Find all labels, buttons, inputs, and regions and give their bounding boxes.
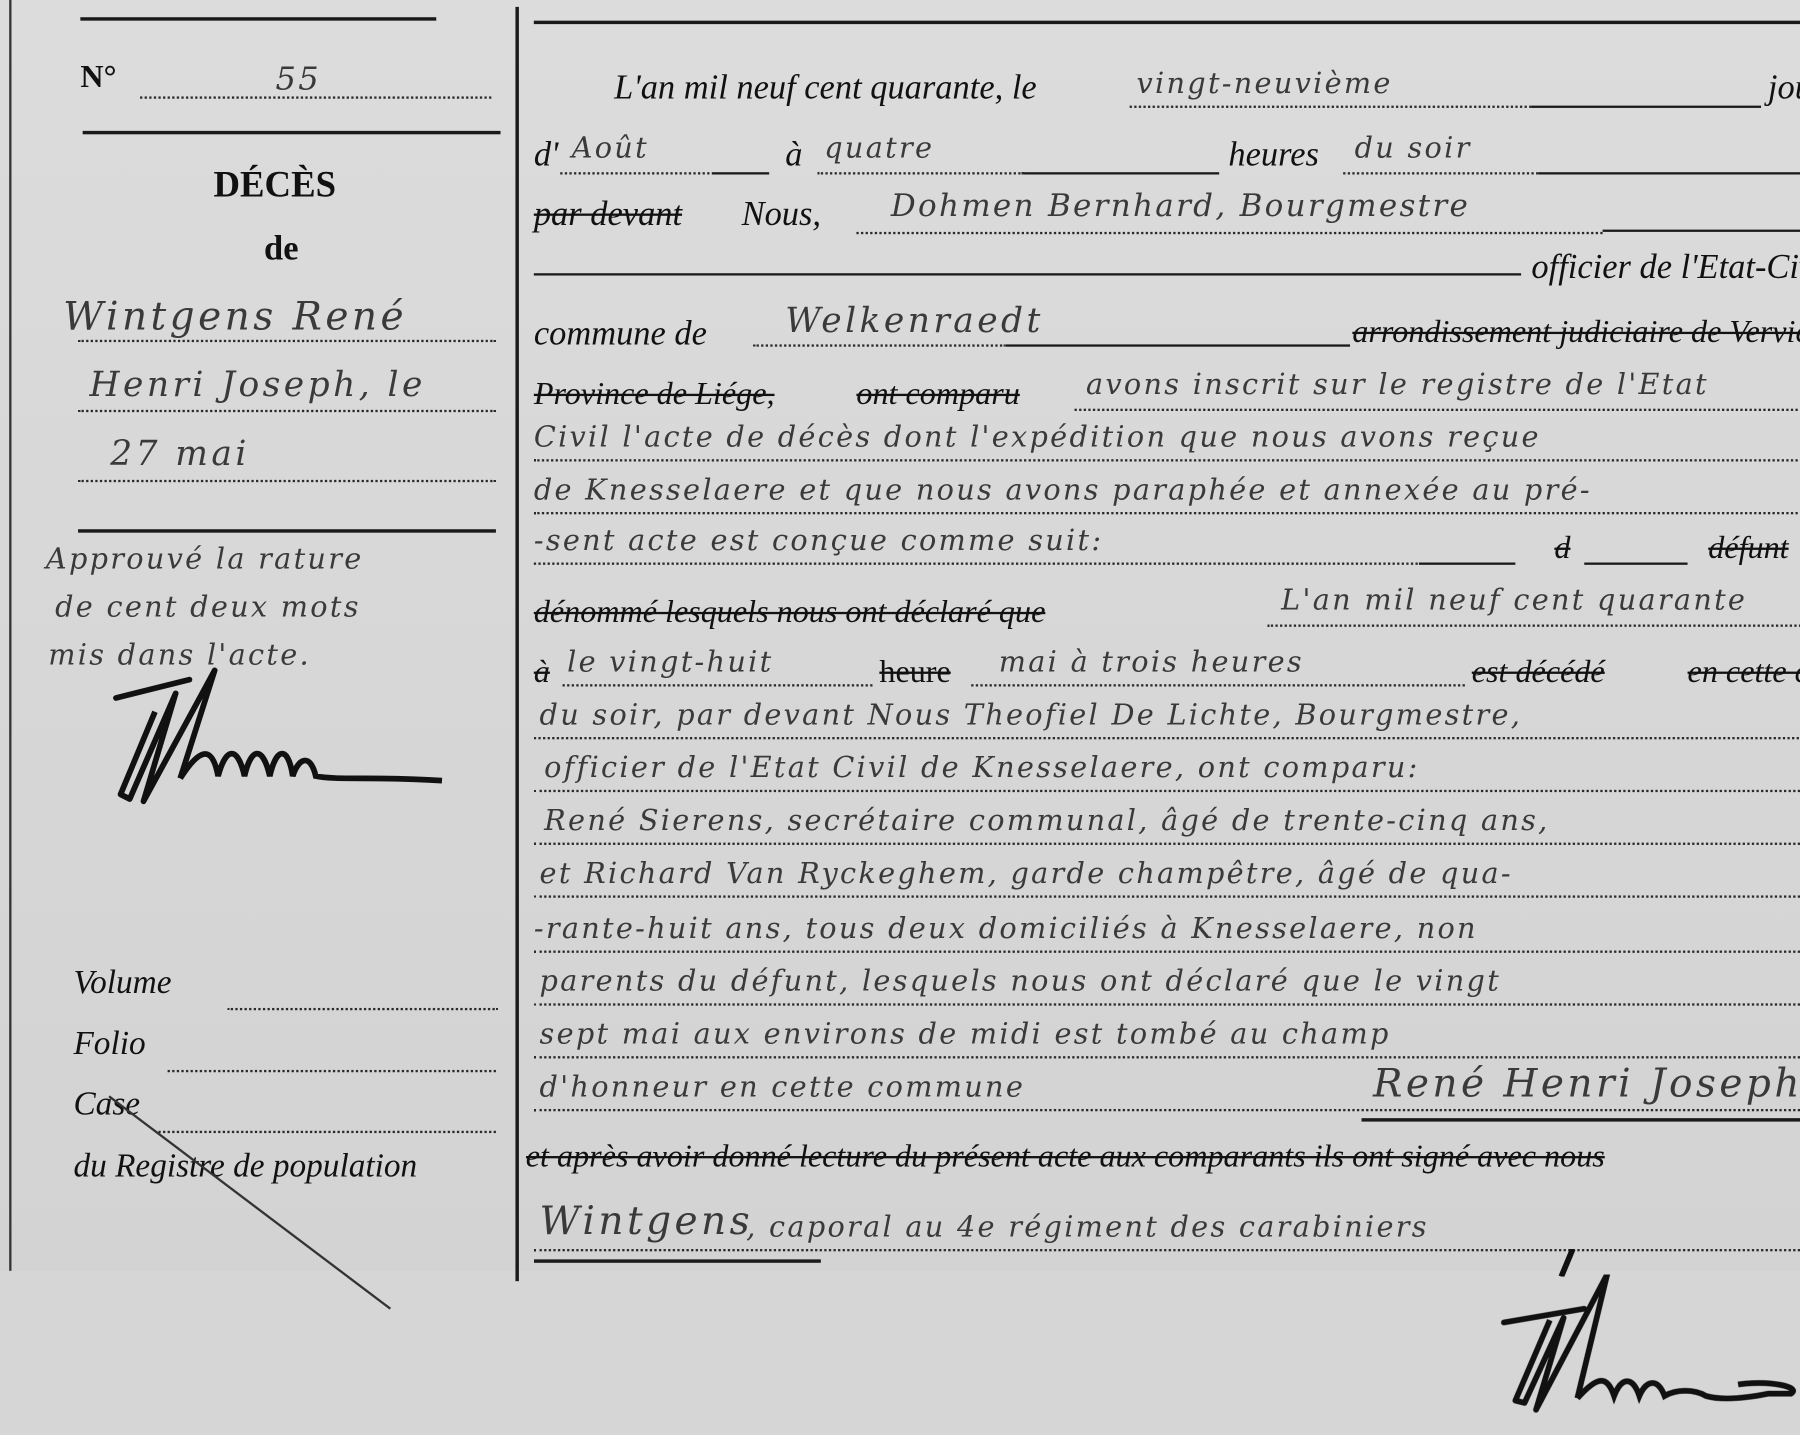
l2-printed-b: à [785,135,802,174]
body-top-rule [534,21,1800,24]
l21-hand-surname: Wintgens [540,1199,754,1245]
register-field-volume-input[interactable] [227,1008,498,1010]
l1-solid [1531,106,1761,108]
l6-printed-struck-b: ont comparu [856,377,1019,414]
cancellation-stroke-icon [103,1091,401,1271]
register-field-volume-label: Volume [73,964,171,1002]
l3-solid [1603,230,1800,232]
l17-dotted [534,1003,1800,1005]
l16-hand: -rante-huit ans, tous deux domiciliés à … [534,912,1478,945]
l11-hand-b: mai à trois heures [999,645,1304,678]
l2-solid-b [1024,172,1219,174]
l1-printed-a: L'an mil neuf cent quarante, le [614,69,1036,108]
l14-hand: René Sierens, secrétaire communal, âgé d… [544,804,1549,837]
name-dotted-1 [78,340,496,342]
l13-hand: officier de l'Etat Civil de Knesselaere,… [544,751,1420,784]
l13-dotted [534,790,1800,792]
l2-printed-a: d' [534,135,559,174]
margin-title: DÉCÈS [214,163,336,205]
margin-title-sub: de [264,230,298,269]
l11-dotted-b [971,684,1465,686]
l2-hand-time: du soir [1355,131,1472,164]
l1-dotted [1130,106,1532,108]
l19-dotted [534,1109,1800,1111]
number-label: N° [80,60,116,97]
l2-hand-hour: quatre [824,131,934,164]
l8-dotted [534,512,1800,514]
l8-hand: de Knesselaere et que nous avons paraphé… [534,473,1592,506]
civil-register-page: N° 55 DÉCÈS de Wintgens René Henri Josep… [0,0,1800,1271]
l12-dotted [534,737,1800,739]
register-field-folio-label: Folio [73,1025,145,1063]
margin-note-line-1: Approuvé la rature [46,542,364,575]
l15-hand: et Richard Van Ryckeghem, garde champêtr… [540,856,1513,889]
l21-hand-rank: , caporal au 4e régiment des carabiniers [746,1210,1429,1243]
l3-dotted [856,232,1602,234]
l2-solid-a [712,172,769,174]
l6-hand: avons inscrit sur le registre de l'Etat [1086,367,1709,400]
l4-printed: officier de l'Etat-Civil de la [1531,248,1800,287]
l19-hand-b-given-names: René Henri Joseph [1373,1061,1800,1107]
l2-hand-month: Août [572,131,649,164]
l9-printed-struck-a: d [1554,530,1570,567]
l9-hand: -sent acte est conçue comme suit: [534,523,1103,556]
l15-dotted [534,895,1800,897]
l20-printed-struck: et après avoir donné lecture du présent … [526,1139,1605,1176]
deceased-name-line-2: Henri Joseph, le [90,365,426,405]
l5-printed-a: commune de [534,315,707,354]
l18-dotted [534,1056,1800,1058]
page-binding-edge [9,0,11,1271]
l11-dotted-a [563,684,873,686]
l21-underline [534,1259,821,1262]
l3-hand-officer: Dohmen Bernhard, Bourgmestre [891,188,1470,224]
margin-rule-2 [83,131,501,134]
margin-rule-3 [78,529,496,532]
l7-dotted [534,459,1800,461]
l2-printed-c: heures [1228,135,1319,174]
l10-dotted [1267,625,1800,627]
deceased-name-line-1: Wintgens René [63,294,407,340]
l12-hand: du soir, par devant Nous Theofiel De Lic… [540,698,1523,731]
l3-printed-struck: par devant [534,195,682,234]
l9-solid-a [1419,563,1515,565]
l2-solid-c [1538,172,1800,174]
l19-hand-a: d'honneur en cette commune [540,1070,1026,1103]
l10-printed-struck: dénommé lesquels nous ont déclaré que [534,595,1046,632]
l11-printed-struck-a: à [534,654,550,691]
l4-solid [534,273,1521,275]
l18-hand: sept mai aux environs de midi est tombé … [540,1017,1391,1050]
l3-printed-a: Nous, [742,195,821,234]
l6-dotted [1075,409,1800,411]
l11-printed-struck-d: en cette commune [1688,654,1800,691]
l11-printed-struck-c: est décédé [1472,654,1605,691]
l9-solid-b [1584,563,1687,565]
l11-hand-a: le vingt-huit [567,645,773,678]
l1-hand-day: vingt-neuvième [1137,67,1393,100]
l7-hand: Civil l'acte de décès dont l'expédition … [534,420,1541,453]
register-field-folio-input[interactable] [168,1070,496,1072]
record-number: 55 [276,60,322,98]
l2-dotted-a [560,172,709,174]
l5-hand-commune: Welkenraedt [785,301,1044,341]
margin-note-line-2: de cent deux mots [55,590,361,623]
l17-hand: parents du défunt, lesquels nous ont déc… [540,964,1502,997]
l9-printed-struck-b: défunt [1708,530,1788,567]
l5-dotted [753,344,1006,346]
margin-signature-icon [109,666,453,815]
l2-dotted-c [1343,172,1538,174]
l9-dotted [534,563,1418,565]
l2-dotted-b [817,172,1024,174]
l14-dotted [534,843,1800,845]
name-dotted-3 [78,480,496,482]
l1-printed-b: jour du mois, [1768,69,1800,108]
l6-printed-struck-a: Province de Liége, [534,377,775,414]
name-dotted-2 [78,410,496,412]
l5-solid [1006,344,1350,346]
l5-printed-struck: arrondissement judiciaire de Verviers, [1352,315,1800,352]
l11-printed-struck-b: heure [879,654,950,691]
l16-dotted [534,951,1800,953]
officer-signature-stub-icon [1492,1249,1800,1271]
column-divider [515,7,518,1271]
deceased-name-line-3: 27 mai [110,434,250,474]
margin-top-rule [80,17,436,20]
l10-hand: L'an mil neuf cent quarante [1281,583,1747,616]
l19-underline [1362,1118,1800,1121]
